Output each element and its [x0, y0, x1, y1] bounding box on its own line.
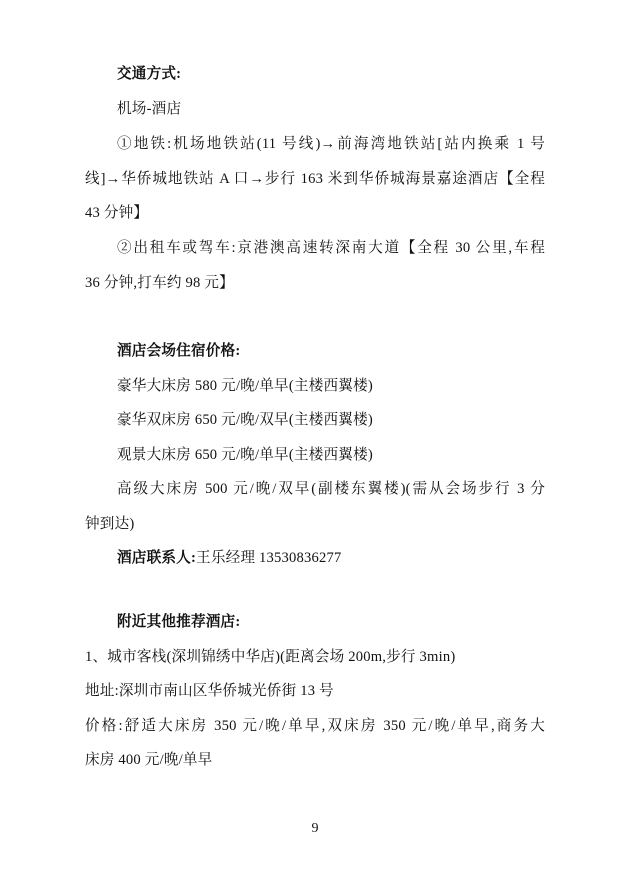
- accommodation-title: 酒店会场住宿价格:: [85, 341, 545, 361]
- nearby-hotel1-name: 1、城市客栈(深圳锦绣中华店)(距离会场 200m,步行 3min): [85, 647, 545, 667]
- transport-taxi-line2: 36 分钟,打车约 98 元】: [85, 273, 545, 293]
- nearby-title: 附近其他推荐酒店:: [85, 612, 545, 632]
- document-page: 交通方式: 机场-酒店 ①地铁:机场地铁站(11 号线)→前海湾地铁站[站内换乘…: [0, 0, 630, 873]
- accommodation-room1: 豪华大床房 580 元/晚/单早(主楼西翼楼): [85, 376, 545, 396]
- page-number: 9: [0, 819, 630, 839]
- accommodation-room3: 观景大床房 650 元/晚/单早(主楼西翼楼): [85, 445, 545, 465]
- hotel-contact-value: 王乐经理 13530836277: [196, 550, 342, 566]
- transport-title: 交通方式:: [85, 64, 545, 84]
- transport-metro-line1: ①地铁:机场地铁站(11 号线)→前海湾地铁站[站内换乘 1 号: [85, 134, 545, 154]
- nearby-hotel1-price-line2: 床房 400 元/晚/单早: [85, 750, 545, 770]
- hotel-contact-line: 酒店联系人:王乐经理 13530836277: [85, 548, 545, 568]
- accommodation-room4-line2: 钟到达): [85, 514, 545, 534]
- accommodation-room2: 豪华双床房 650 元/晚/双早(主楼西翼楼): [85, 410, 545, 430]
- transport-taxi-line1: ②出租车或驾车:京港澳高速转深南大道【全程 30 公里,车程: [85, 238, 545, 258]
- transport-metro-line2: 线]→华侨城地铁站 A 口→步行 163 米到华侨城海景嘉途酒店【全程: [85, 169, 545, 189]
- nearby-hotel1-address: 地址:深圳市南山区华侨城光侨街 13 号: [85, 681, 545, 701]
- transport-subtitle: 机场-酒店: [85, 99, 545, 119]
- accommodation-room4-line1: 高级大床房 500 元/晚/双早(副楼东翼楼)(需从会场步行 3 分: [85, 479, 545, 499]
- transport-metro-line3: 43 分钟】: [85, 203, 545, 223]
- hotel-contact-label: 酒店联系人:: [117, 550, 196, 566]
- nearby-hotel1-price-line1: 价格:舒适大床房 350 元/晚/单早,双床房 350 元/晚/单早,商务大: [85, 716, 545, 736]
